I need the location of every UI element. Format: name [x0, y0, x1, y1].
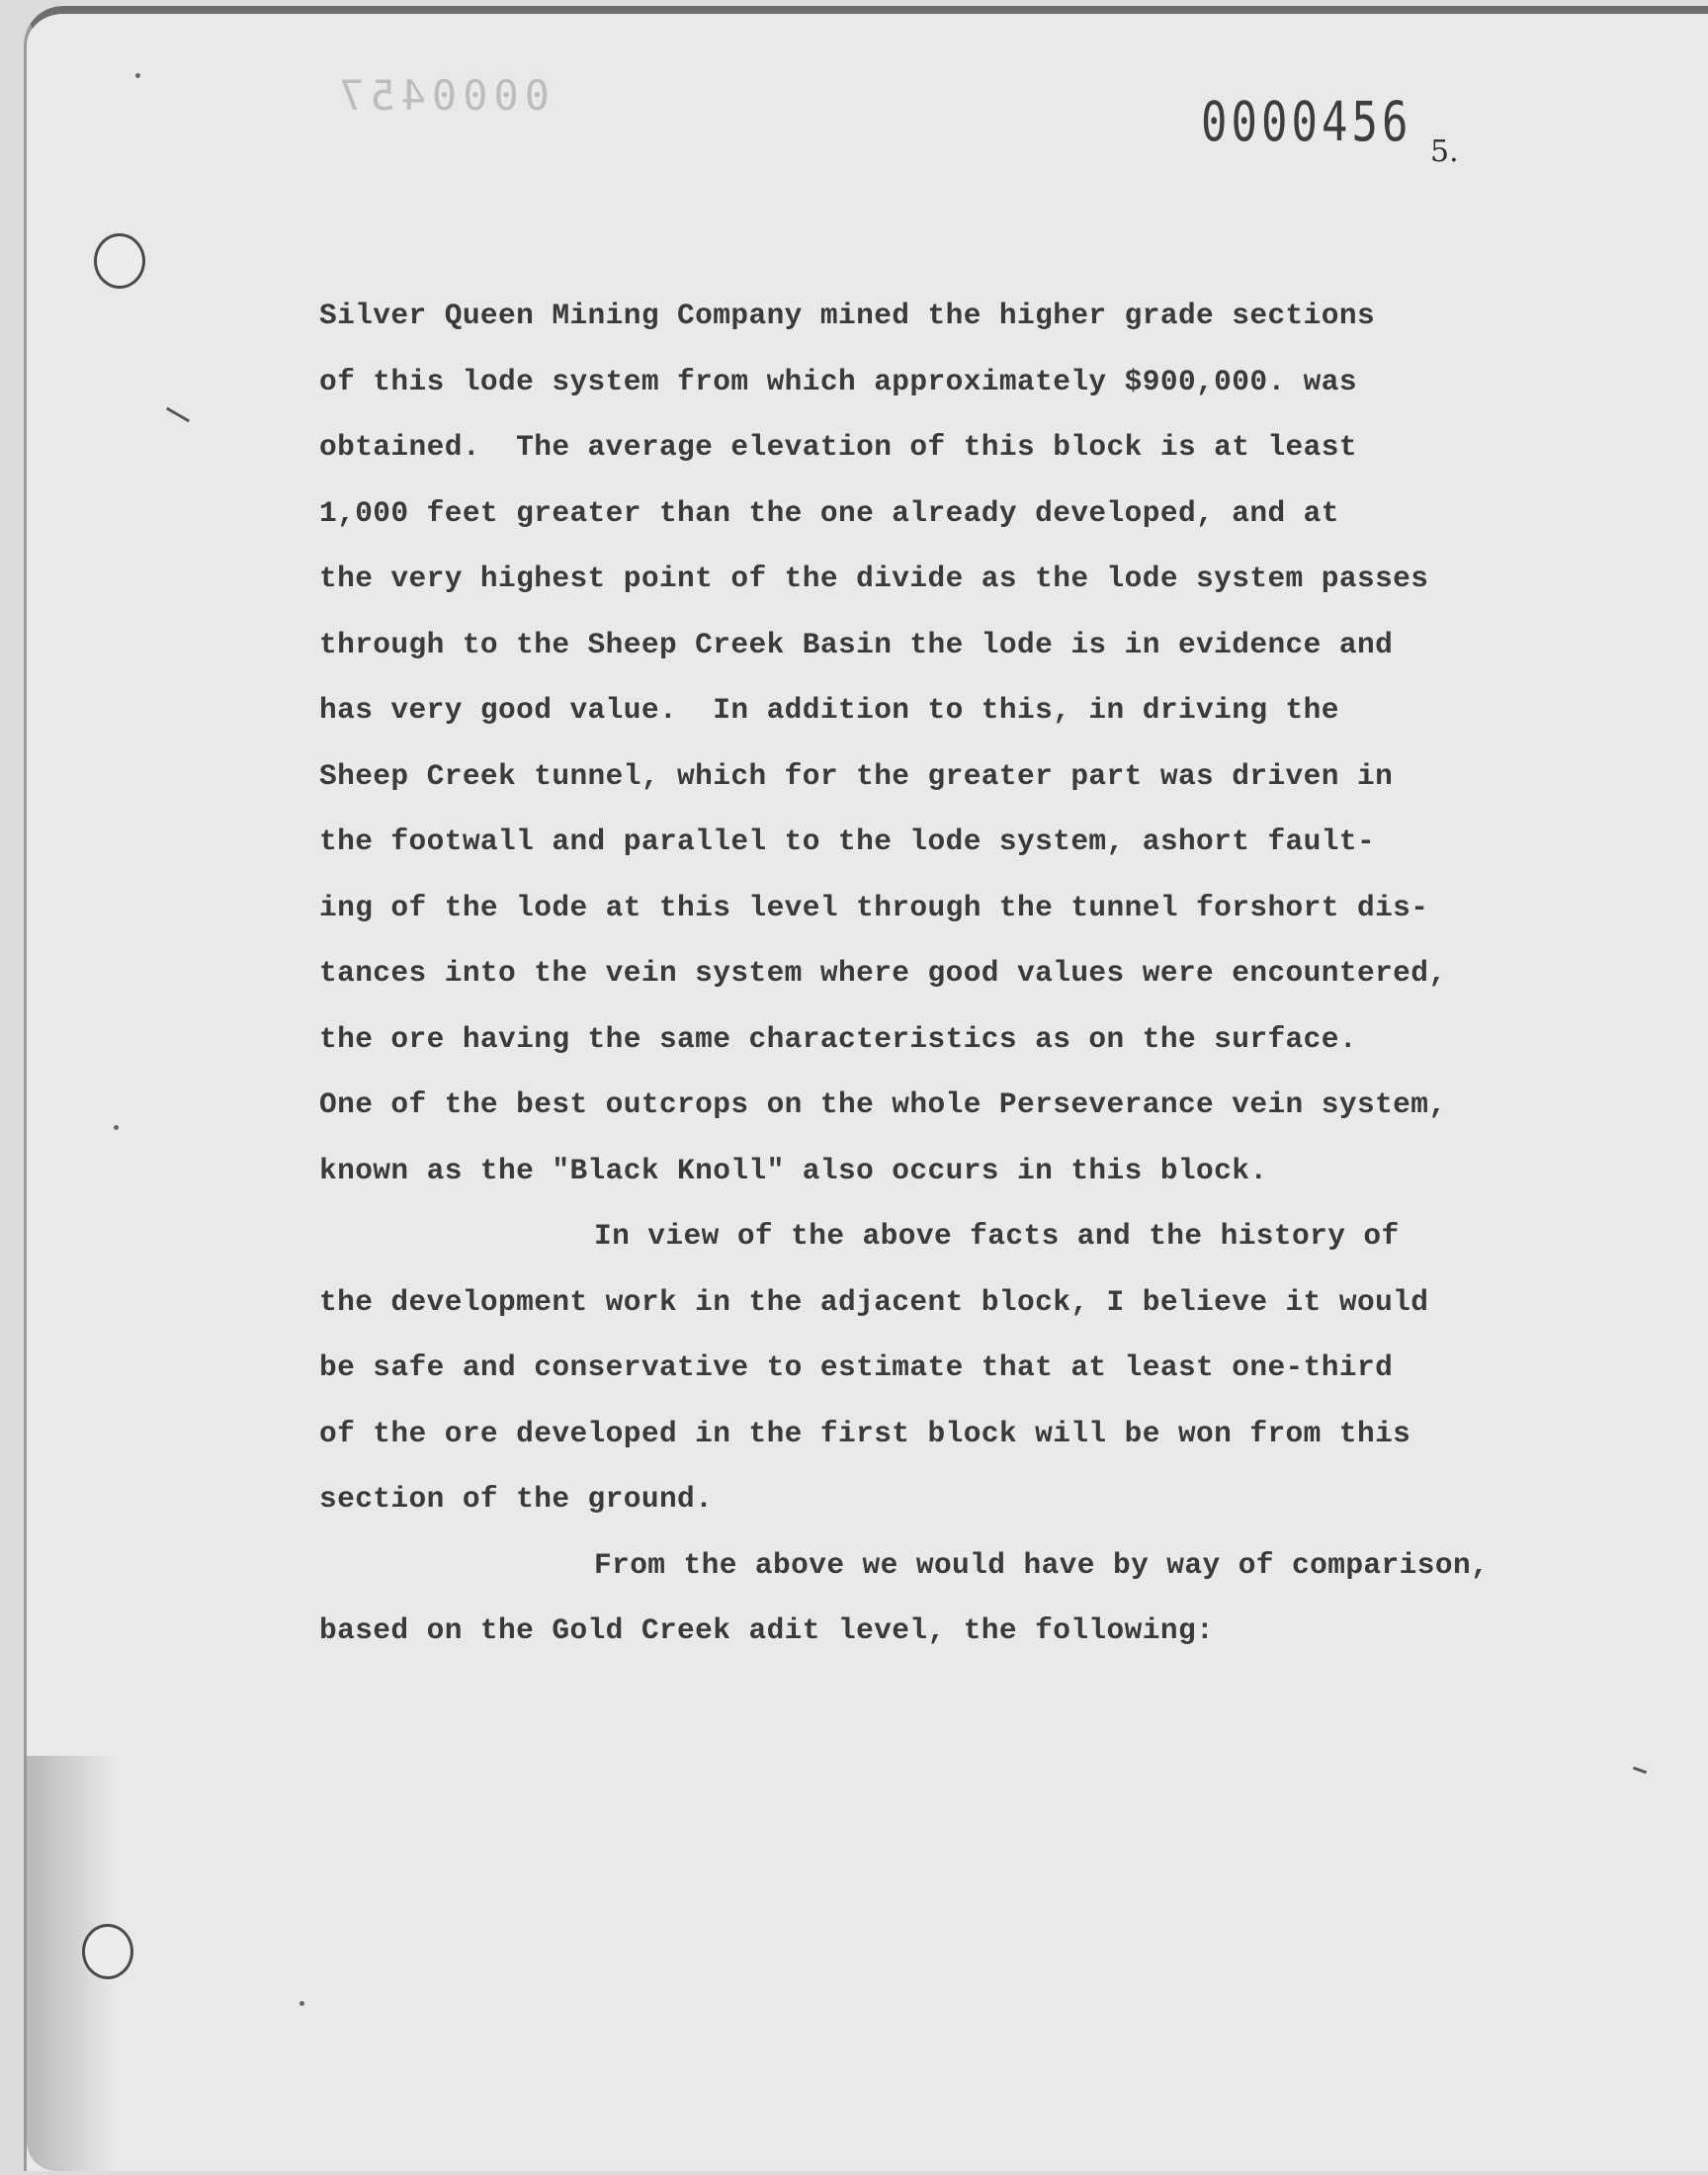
- text-line: based on the Gold Creek adit level, the …: [319, 1598, 1624, 1664]
- paragraph-3: From the above we would have by way of c…: [319, 1532, 1624, 1664]
- margin-mark: [166, 407, 190, 423]
- document-body: Silver Queen Mining Company mined the hi…: [319, 283, 1624, 1664]
- text-line: obtained. The average elevation of this …: [319, 414, 1624, 480]
- scan-speck: [114, 1125, 119, 1130]
- text-line: the development work in the adjacent blo…: [319, 1269, 1624, 1336]
- text-line: One of the best outcrops on the whole Pe…: [319, 1072, 1624, 1138]
- margin-mark: [1633, 1767, 1647, 1775]
- text-line: tances into the vein system where good v…: [319, 940, 1624, 1006]
- text-line: of the ore developed in the first block …: [319, 1401, 1624, 1467]
- text-line: the ore having the same characteristics …: [319, 1006, 1624, 1073]
- scanned-page: 0000457 0000456 5. Silver Queen Mining C…: [24, 6, 1708, 2171]
- scan-speck: [299, 2001, 304, 2006]
- faint-stamp-number: 0000457: [333, 71, 550, 120]
- text-line: the footwall and parallel to the lode sy…: [319, 809, 1624, 875]
- text-line: From the above we would have by way of c…: [319, 1532, 1624, 1599]
- text-line: Silver Queen Mining Company mined the hi…: [319, 283, 1624, 349]
- paragraph-2: In view of the above facts and the histo…: [319, 1203, 1624, 1532]
- text-line: section of the ground.: [319, 1466, 1624, 1532]
- page-number: 5.: [1430, 134, 1459, 169]
- text-line: through to the Sheep Creek Basin the lod…: [319, 612, 1624, 678]
- text-line: known as the "Black Knoll" also occurs i…: [319, 1138, 1624, 1204]
- text-line: has very good value. In addition to this…: [319, 677, 1624, 743]
- text-line: 1,000 feet greater than the one already …: [319, 480, 1624, 547]
- punch-hole-top-icon: [94, 233, 145, 289]
- text-line: In view of the above facts and the histo…: [319, 1203, 1624, 1269]
- text-line: ing of the lode at this level through th…: [319, 875, 1624, 941]
- text-line: Sheep Creek tunnel, which for the greate…: [319, 743, 1624, 810]
- paragraph-1: Silver Queen Mining Company mined the hi…: [319, 283, 1624, 1203]
- document-id-stamp: 0000456: [1201, 91, 1411, 154]
- text-line: of this lode system from which approxima…: [319, 349, 1624, 415]
- scan-speck: [135, 73, 140, 78]
- text-line: be safe and conservative to estimate tha…: [319, 1335, 1624, 1401]
- punch-hole-bottom-icon: [82, 1924, 133, 1979]
- text-line: the very highest point of the divide as …: [319, 546, 1624, 612]
